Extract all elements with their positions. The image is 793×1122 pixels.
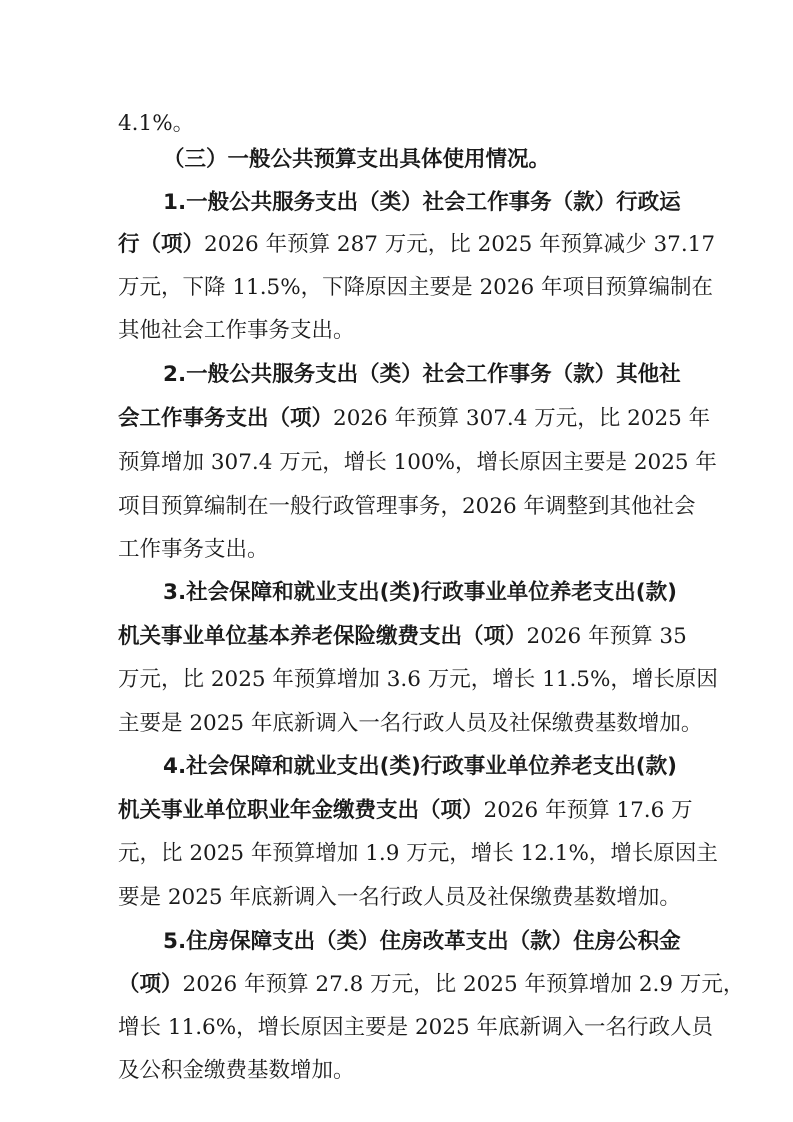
item-title: 4.社会保障和就业支出(类)行政事业单位养老支出(款) bbox=[163, 754, 677, 779]
item-text: 工作事务支出。 bbox=[118, 537, 269, 562]
item-text: 增长 11.6%，增长原因主要是 2025 年底新调入一名行政人员 bbox=[118, 1015, 713, 1040]
item-text: 2026 年预算 287 万元，比 2025 年预算减少 37.17 bbox=[204, 232, 715, 257]
item-title-cont: 机关事业单位基本养老保险缴费支出（项） bbox=[118, 624, 527, 649]
item-title-cont: （项） bbox=[118, 972, 183, 997]
item-text: 元，比 2025 年预算增加 1.9 万元，增长 12.1%，增长原因主 bbox=[118, 841, 718, 866]
item-text: 及公积金缴费基数增加。 bbox=[118, 1058, 355, 1083]
item-title-cont: 行（项） bbox=[118, 232, 204, 257]
item-text: 2026 年预算 27.8 万元，比 2025 年预算增加 2.9 万元， bbox=[183, 972, 745, 997]
item-title-cont: 机关事业单位职业年金缴费支出（项） bbox=[118, 798, 484, 823]
continuation-text: 4.1%。 bbox=[118, 110, 671, 138]
item-text: 万元，下降 11.5%，下降原因主要是 2026 年项目预算编制在 bbox=[118, 275, 713, 300]
item-title-cont: 会工作事务支出（项） bbox=[118, 406, 333, 431]
item-text: 其他社会工作事务支出。 bbox=[118, 318, 355, 343]
item-text: 项目预算编制在一般行政管理事务，2026 年调整到其他社会 bbox=[118, 494, 696, 519]
item-text: 2026 年预算 35 bbox=[527, 624, 687, 649]
item-text: 预算增加 307.4 万元，增长 100%，增长原因主要是 2025 年 bbox=[118, 450, 717, 475]
item-text: 万元，比 2025 年预算增加 3.6 万元，增长 11.5%，增长原因 bbox=[118, 667, 718, 692]
item-text: 主要是 2025 年底新调入一名行政人员及社保缴费基数增加。 bbox=[118, 711, 702, 736]
item-title: 3.社会保障和就业支出(类)行政事业单位养老支出(款) bbox=[163, 580, 677, 605]
item-title: 1.一般公共服务支出（类）社会工作事务（款）行政运 bbox=[163, 190, 681, 215]
item-text: 2026 年预算 307.4 万元，比 2025 年 bbox=[333, 406, 710, 431]
document-page: 4.1%。 （三）一般公共预算支出具体使用情况。 1.一般公共服务支出（类）社会… bbox=[0, 0, 793, 1122]
item-title: 2.一般公共服务支出（类）社会工作事务（款）其他社 bbox=[163, 362, 681, 387]
section-heading: （三）一般公共预算支出具体使用情况。 bbox=[163, 146, 671, 174]
item-title: 5.住房保障支出（类）住房改革支出（款）住房公积金 bbox=[163, 929, 681, 954]
item-text: 要是 2025 年底新调入一名行政人员及社保缴费基数增加。 bbox=[118, 885, 681, 910]
item-text: 2026 年预算 17.6 万 bbox=[484, 798, 693, 823]
